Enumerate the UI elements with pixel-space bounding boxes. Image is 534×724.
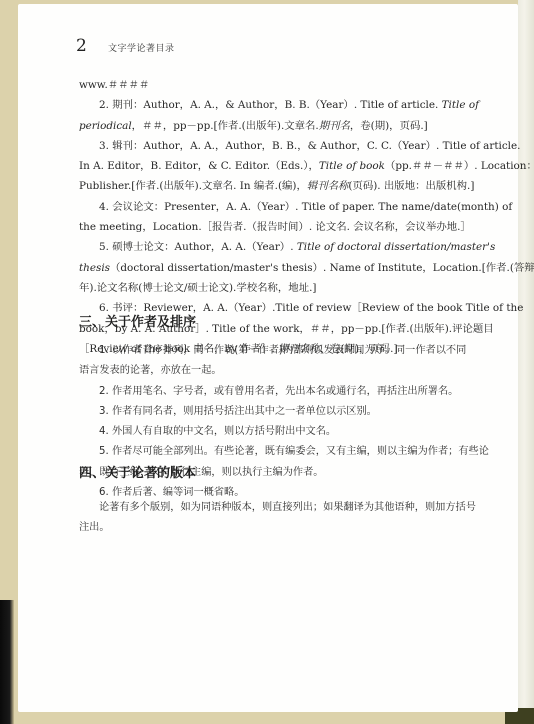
text-italic: Title of doctoral dissertation/master's bbox=[297, 241, 496, 253]
paragraph-line: 注出。 bbox=[79, 517, 475, 537]
text: 3. 辑刊：Author，A. A.，Author，B. B.，& Author… bbox=[99, 140, 520, 152]
ref-item-periodical-line2: periodical，＃＃，pp－pp.[作者.(出版年).文章名.期刊名，卷(… bbox=[79, 116, 475, 136]
text-italic: 期刊名 bbox=[319, 120, 350, 132]
ref-item-conference-line1: 4. 会议论文：Presenter，A. A.（Year）. Title of … bbox=[79, 197, 475, 217]
ref-item-conference-line2: the meeting，Location.［报告者.（报告时间）. 论文名. 会… bbox=[79, 217, 475, 237]
scan-edge-shadow bbox=[0, 600, 14, 724]
page-header: 2 文字学论著目录 bbox=[76, 36, 175, 56]
text: (页码). 出版地：出版机构.] bbox=[348, 180, 474, 192]
text: www.＃＃＃＃ bbox=[79, 79, 149, 91]
text: In A. Editor，B. Editor，& C. Editor.（Eds.… bbox=[79, 160, 319, 172]
text-italic: thesis bbox=[79, 262, 110, 274]
text: （pp.＃＃－＃＃）. Location： bbox=[385, 160, 534, 172]
list-item: 5. 作者尽可能全部列出。有些论著，既有编委会，又有主编，则以主编为作者；有些论 bbox=[79, 442, 475, 462]
list-item: 2. 作者用笔名、字号者，或有曾用名者，先出本名或通行名，再括注出所署名。 bbox=[79, 382, 475, 402]
ref-item-thesis-line3: 年).论文名称(博士论文/硕士论文).学校名称，地址.] bbox=[79, 278, 475, 298]
page-number: 2 bbox=[76, 36, 108, 56]
list-item: 3. 作者有同名者，则用括号括注出其中之一者单位以示区别。 bbox=[79, 402, 475, 422]
ref-item-collection-line1: 3. 辑刊：Author，A. A.，Author，B. B.，& Author… bbox=[79, 136, 475, 156]
text: 2. 期刊：Author，A. A.，& Author，B. B.（Year）.… bbox=[99, 99, 442, 111]
url-line: www.＃＃＃＃ bbox=[79, 75, 475, 95]
book-spine-edge bbox=[518, 0, 534, 708]
text-italic: 辑刊名称 bbox=[307, 180, 349, 192]
ref-item-collection-line3: Publisher.[作者.(出版年).文章名. In 编者.(编)，辑刊名称(… bbox=[79, 176, 475, 196]
section-heading-authors: 三、关于作者及排序 bbox=[79, 311, 196, 330]
list-item: 1. 以作者音序排列，同一作者(第一作者)内部则以发表时间为序。同一作者以不同 bbox=[79, 341, 475, 361]
text-italic: periodical bbox=[79, 120, 132, 132]
text: 年).论文名称(博士论文/硕士论文).学校名称，地址.] bbox=[79, 282, 316, 294]
ref-item-thesis-line2: thesis（doctoral dissertation/master's th… bbox=[79, 258, 475, 278]
list-item-continuation: 语言发表的论著，亦放在一起。 bbox=[79, 361, 475, 381]
ref-item-periodical-line1: 2. 期刊：Author，A. A.，& Author，B. B.（Year）.… bbox=[79, 95, 475, 115]
text: Publisher.[作者.(出版年).文章名. In 编者.(编)， bbox=[79, 180, 307, 192]
text: 4. 会议论文：Presenter，A. A.（Year）. Title of … bbox=[99, 201, 512, 213]
paragraph-line: 论著有多个版别，如为同语种版本，则直接列出；如果翻译为其他语种，则加方括号 bbox=[79, 497, 475, 517]
text-italic: Title of book bbox=[319, 160, 385, 172]
ref-item-thesis-line1: 5. 硕博士论文：Author，A. A.（Year）. Title of do… bbox=[79, 237, 475, 257]
list-item: 4. 外国人有自取的中文名，则以方括号附出中文名。 bbox=[79, 422, 475, 442]
section-editions-paragraph: 论著有多个版别，如为同语种版本，则直接列出；如果翻译为其他语种，则加方括号 注出… bbox=[79, 497, 475, 538]
running-title: 文字学论著目录 bbox=[108, 41, 175, 54]
text: （doctoral dissertation/master's thesis）.… bbox=[110, 262, 534, 274]
text: ，＃＃，pp－pp.[作者.(出版年).文章名. bbox=[132, 120, 319, 132]
text: 5. 硕博士论文：Author，A. A.（Year）. bbox=[99, 241, 297, 253]
ref-item-collection-line2: In A. Editor，B. Editor，& C. Editor.（Eds.… bbox=[79, 156, 475, 176]
text-italic: Title of bbox=[442, 99, 479, 111]
text: ，卷(期)，页码.] bbox=[350, 120, 428, 132]
text: the meeting，Location.［报告者.（报告时间）. 论文名. 会… bbox=[79, 221, 471, 233]
section-heading-editions: 四、关于论著的版本 bbox=[79, 462, 196, 481]
